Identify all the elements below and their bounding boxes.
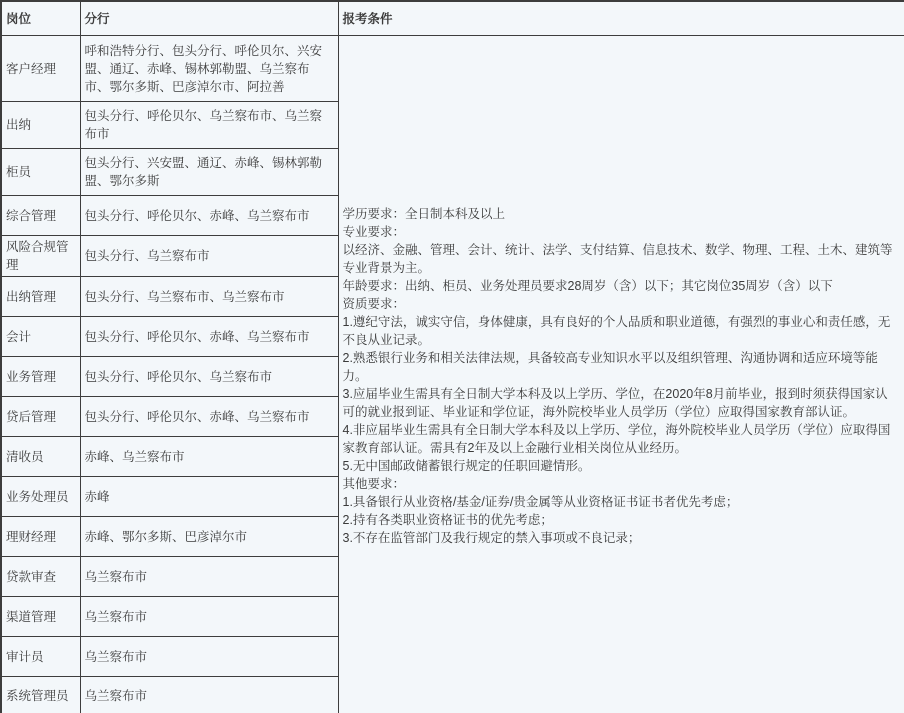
condition-line: 以经济、金融、管理、会计、统计、法学、支付结算、信息技术、数学、物理、工程、土木… <box>343 241 901 277</box>
position-cell: 业务处理员 <box>1 477 80 517</box>
condition-line: 2.熟悉银行业务和相关法律法规，具备较高专业知识水平以及组织管理、沟通协调和适应… <box>343 349 901 385</box>
position-cell: 清收员 <box>1 437 80 477</box>
condition-line: 专业要求： <box>343 223 901 241</box>
branches-cell: 包头分行、呼伦贝尔、乌兰察布市 <box>80 357 338 397</box>
branches-cell: 赤峰、鄂尔多斯、巴彦淖尔市 <box>80 517 338 557</box>
branches-cell: 包头分行、乌兰察布市、乌兰察布市 <box>80 277 338 317</box>
position-cell: 风险合规管理 <box>1 236 80 277</box>
position-cell: 渠道管理 <box>1 597 80 637</box>
condition-line: 4.非应届毕业生需具有全日制大学本科及以上学历、学位，海外院校毕业人员学历（学位… <box>343 421 901 457</box>
branches-cell: 包头分行、乌兰察布市 <box>80 236 338 277</box>
condition-line: 3.不存在监管部门及我行规定的禁入事项或不良记录； <box>343 529 901 547</box>
condition-line: 2.持有各类职业资格证书的优先考虑； <box>343 511 901 529</box>
branches-cell: 乌兰察布市 <box>80 637 338 677</box>
condition-line: 年龄要求：出纳、柜员、业务处理员要求28周岁（含）以下；其它岗位35周岁（含）以… <box>343 277 901 295</box>
header-branch: 分行 <box>80 1 338 36</box>
condition-line: 资质要求： <box>343 295 901 313</box>
position-cell: 会计 <box>1 317 80 357</box>
branches-cell: 包头分行、呼伦贝尔、赤峰、乌兰察布市 <box>80 317 338 357</box>
branches-cell: 包头分行、兴安盟、通辽、赤峰、锡林郭勒盟、鄂尔多斯 <box>80 149 338 196</box>
branches-cell: 乌兰察布市 <box>80 597 338 637</box>
position-cell: 系统管理员 <box>1 677 80 713</box>
branches-cell: 包头分行、呼伦贝尔、乌兰察布市、乌兰察布市 <box>80 102 338 149</box>
condition-line: 学历要求：全日制本科及以上 <box>343 205 901 223</box>
header-conditions: 报考条件 <box>338 1 904 36</box>
conditions-cell: 学历要求：全日制本科及以上专业要求：以经济、金融、管理、会计、统计、法学、支付结… <box>338 36 904 713</box>
branches-cell: 乌兰察布市 <box>80 677 338 713</box>
position-cell: 贷后管理 <box>1 397 80 437</box>
branches-cell: 呼和浩特分行、包头分行、呼伦贝尔、兴安盟、通辽、赤峰、锡林郭勒盟、乌兰察布市、鄂… <box>80 36 338 102</box>
table-row: 客户经理呼和浩特分行、包头分行、呼伦贝尔、兴安盟、通辽、赤峰、锡林郭勒盟、乌兰察… <box>1 36 904 102</box>
position-cell: 客户经理 <box>1 36 80 102</box>
header-position: 岗位 <box>1 1 80 36</box>
condition-line: 1.遵纪守法，诚实守信，身体健康，具有良好的个人品质和职业道德，有强烈的事业心和… <box>343 313 901 349</box>
position-cell: 出纳管理 <box>1 277 80 317</box>
branches-cell: 乌兰察布市 <box>80 557 338 597</box>
position-cell: 出纳 <box>1 102 80 149</box>
recruitment-table: 岗位 分行 报考条件 客户经理呼和浩特分行、包头分行、呼伦贝尔、兴安盟、通辽、赤… <box>0 0 904 713</box>
branches-cell: 包头分行、呼伦贝尔、赤峰、乌兰察布市 <box>80 397 338 437</box>
branches-cell: 赤峰、乌兰察布市 <box>80 437 338 477</box>
table-header-row: 岗位 分行 报考条件 <box>1 1 904 36</box>
position-cell: 柜员 <box>1 149 80 196</box>
condition-line: 5.无中国邮政储蓄银行规定的任职回避情形。 <box>343 457 901 475</box>
condition-line: 1.具备银行从业资格/基金/证券/贵金属等从业资格证书证书者优先考虑； <box>343 493 901 511</box>
branches-cell: 包头分行、呼伦贝尔、赤峰、乌兰察布市 <box>80 196 338 236</box>
condition-line: 3.应届毕业生需具有全日制大学本科及以上学历、学位，在2020年8月前毕业，报到… <box>343 385 901 421</box>
position-cell: 理财经理 <box>1 517 80 557</box>
condition-line: 其他要求： <box>343 475 901 493</box>
position-cell: 综合管理 <box>1 196 80 236</box>
branches-cell: 赤峰 <box>80 477 338 517</box>
position-cell: 贷款审查 <box>1 557 80 597</box>
position-cell: 审计员 <box>1 637 80 677</box>
table-body: 客户经理呼和浩特分行、包头分行、呼伦贝尔、兴安盟、通辽、赤峰、锡林郭勒盟、乌兰察… <box>1 36 904 713</box>
position-cell: 业务管理 <box>1 357 80 397</box>
